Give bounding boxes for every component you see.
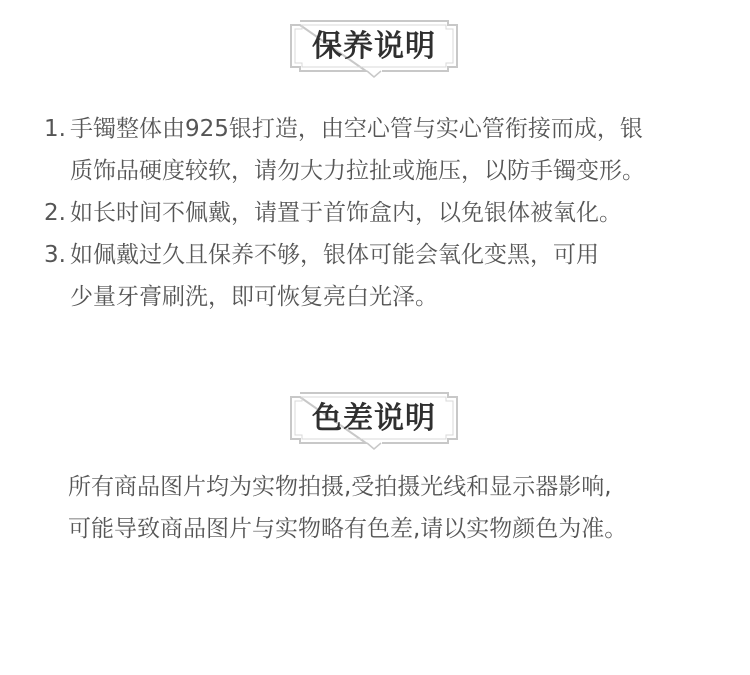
item-line: 如长时间不佩戴，请置于首饰盒内，以免银体被氧化。	[70, 200, 622, 226]
color-text-line: 所有商品图片均为实物拍摄,受拍摄光线和显示器影响,	[68, 466, 708, 508]
color-difference-text: 所有商品图片均为实物拍摄,受拍摄光线和显示器影响, 可能导致商品图片与实物略有色…	[68, 466, 708, 550]
care-title: 保养说明	[290, 28, 458, 66]
color-text-line: 可能导致商品图片与实物略有色差,请以实物颜色为准。	[68, 508, 708, 550]
item-number: 3.	[44, 234, 70, 318]
item-line: 少量牙膏刷洗，即可恢复亮白光泽。	[70, 284, 438, 310]
item-line: 质饰品硬度较软，请勿大力拉扯或施压，以防手镯变形。	[70, 158, 645, 184]
care-instructions-list: 1. 手镯整体由925银打造，由空心管与实心管衔接而成，银 质饰品硬度较软，请勿…	[44, 108, 724, 318]
item-number: 2.	[44, 192, 70, 234]
item-line: 手镯整体由925银打造，由空心管与实心管衔接而成，银	[70, 116, 643, 142]
item-text: 手镯整体由925银打造，由空心管与实心管衔接而成，银 质饰品硬度较软，请勿大力拉…	[70, 108, 724, 192]
care-item-1: 1. 手镯整体由925银打造，由空心管与实心管衔接而成，银 质饰品硬度较软，请勿…	[44, 108, 724, 192]
color-section-title: 色差说明	[290, 392, 458, 446]
care-item-3: 3. 如佩戴过久且保养不够，银体可能会氧化变黑，可用 少量牙膏刷洗，即可恢复亮白…	[44, 234, 724, 318]
item-line: 如佩戴过久且保养不够，银体可能会氧化变黑，可用	[70, 242, 599, 268]
color-title: 色差说明	[290, 400, 458, 438]
item-text: 如佩戴过久且保养不够，银体可能会氧化变黑，可用 少量牙膏刷洗，即可恢复亮白光泽。	[70, 234, 724, 318]
item-text: 如长时间不佩戴，请置于首饰盒内，以免银体被氧化。	[70, 192, 724, 234]
care-item-2: 2. 如长时间不佩戴，请置于首饰盒内，以免银体被氧化。	[44, 192, 724, 234]
item-number: 1.	[44, 108, 70, 192]
care-section-title: 保养说明	[290, 20, 458, 74]
